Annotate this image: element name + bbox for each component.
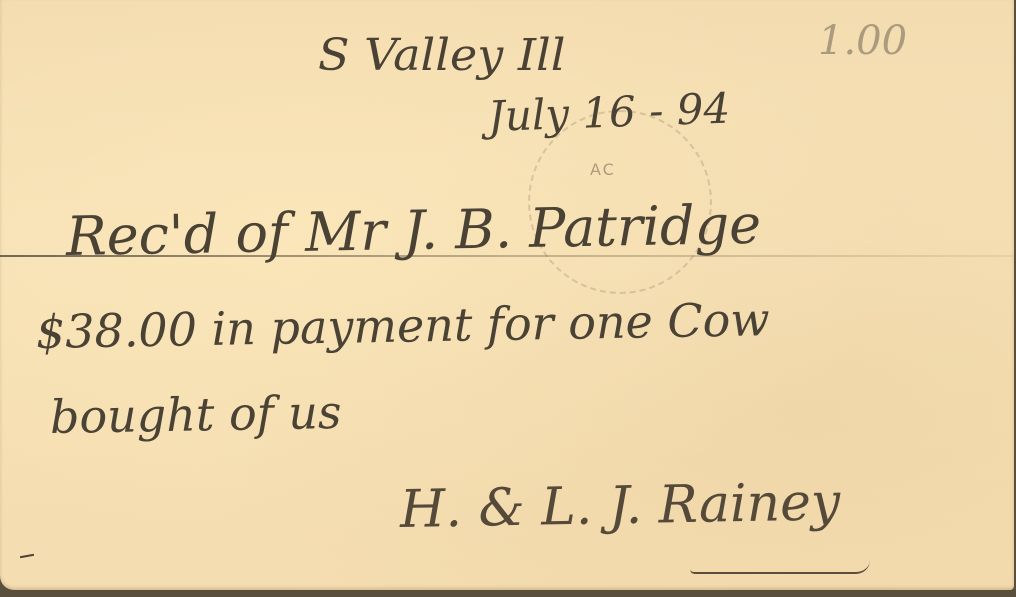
receipt-line-received-from: Rec'd of Mr J. B. Patridge — [65, 193, 761, 268]
postmark-text: AC — [590, 160, 616, 179]
place-heading: S Valley Ill — [318, 29, 565, 80]
ink-mark — [20, 554, 34, 558]
receipt-line-amount: $38.00 in payment for one Cow — [36, 292, 771, 359]
signature: H. & L. J. Rainey — [399, 472, 840, 540]
receipt-line-bought: bought of us — [50, 385, 342, 444]
receipt-postcard: AC S Valley Ill July 16 - 94 1.00 Rec'd … — [0, 0, 1014, 590]
signature-flourish — [690, 560, 870, 574]
pencil-price-note: 1.00 — [818, 18, 907, 64]
date-line: July 16 - 94 — [487, 84, 731, 141]
